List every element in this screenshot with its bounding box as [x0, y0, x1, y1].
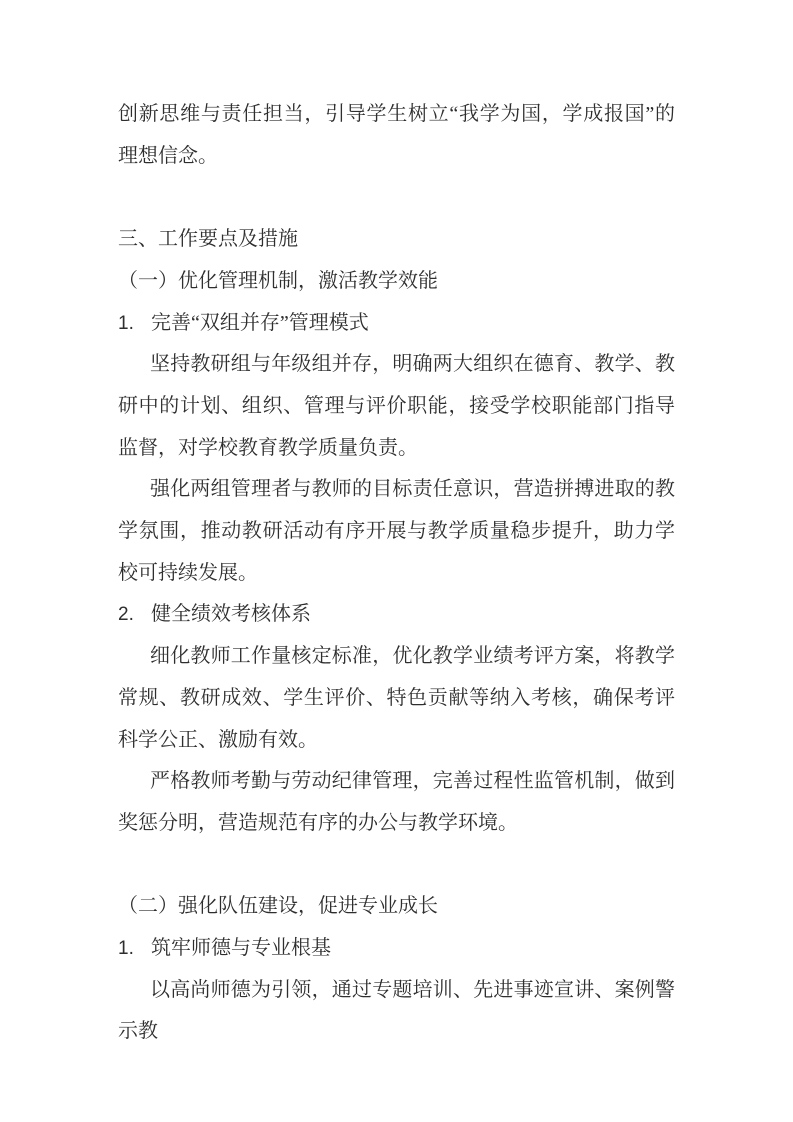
body-paragraph: 细化教师工作量核定标准，优化教学业绩考评方案，将教学常规、教研成效、学生评价、特…	[118, 636, 675, 761]
subsection-heading: （一）优化管理机制，激活教学效能	[118, 261, 675, 303]
numbered-list-item: 1. 完善“双组并存”管理模式	[118, 303, 675, 345]
body-paragraph: 强化两组管理者与教师的目标责任意识，营造拼搏进取的教学氛围，推动教研活动有序开展…	[118, 469, 675, 594]
list-item-number: 1.	[118, 303, 151, 345]
numbered-list-item: 2. 健全绩效考核体系	[118, 594, 675, 636]
list-item-title: 完善“双组并存”管理模式	[151, 303, 675, 345]
document-page: 创新思维与责任担当，引导学生树立“我学为国，学成报国”的理想信念。 三、工作要点…	[0, 0, 793, 1122]
section-heading: 三、工作要点及措施	[118, 219, 675, 261]
blank-line	[118, 845, 675, 887]
list-item-number: 1.	[118, 928, 151, 970]
subsection-heading: （二）强化队伍建设，促进专业成长	[118, 886, 675, 928]
body-paragraph: 坚持教研组与年级组并存，明确两大组织在德育、教学、教研中的计划、组织、管理与评价…	[118, 344, 675, 469]
numbered-list-item: 1. 筑牢师德与专业根基	[118, 928, 675, 970]
blank-line	[118, 177, 675, 219]
list-item-title: 健全绩效考核体系	[151, 594, 675, 636]
paragraph-continuation: 创新思维与责任担当，引导学生树立“我学为国，学成报国”的理想信念。	[118, 94, 675, 177]
body-paragraph: 以高尚师德为引领，通过专题培训、先进事迹宣讲、案例警示教	[118, 970, 675, 1053]
list-item-title: 筑牢师德与专业根基	[151, 928, 675, 970]
body-paragraph: 严格教师考勤与劳动纪律管理，完善过程性监管机制，做到奖惩分明，营造规范有序的办公…	[118, 761, 675, 844]
list-item-number: 2.	[118, 594, 151, 636]
